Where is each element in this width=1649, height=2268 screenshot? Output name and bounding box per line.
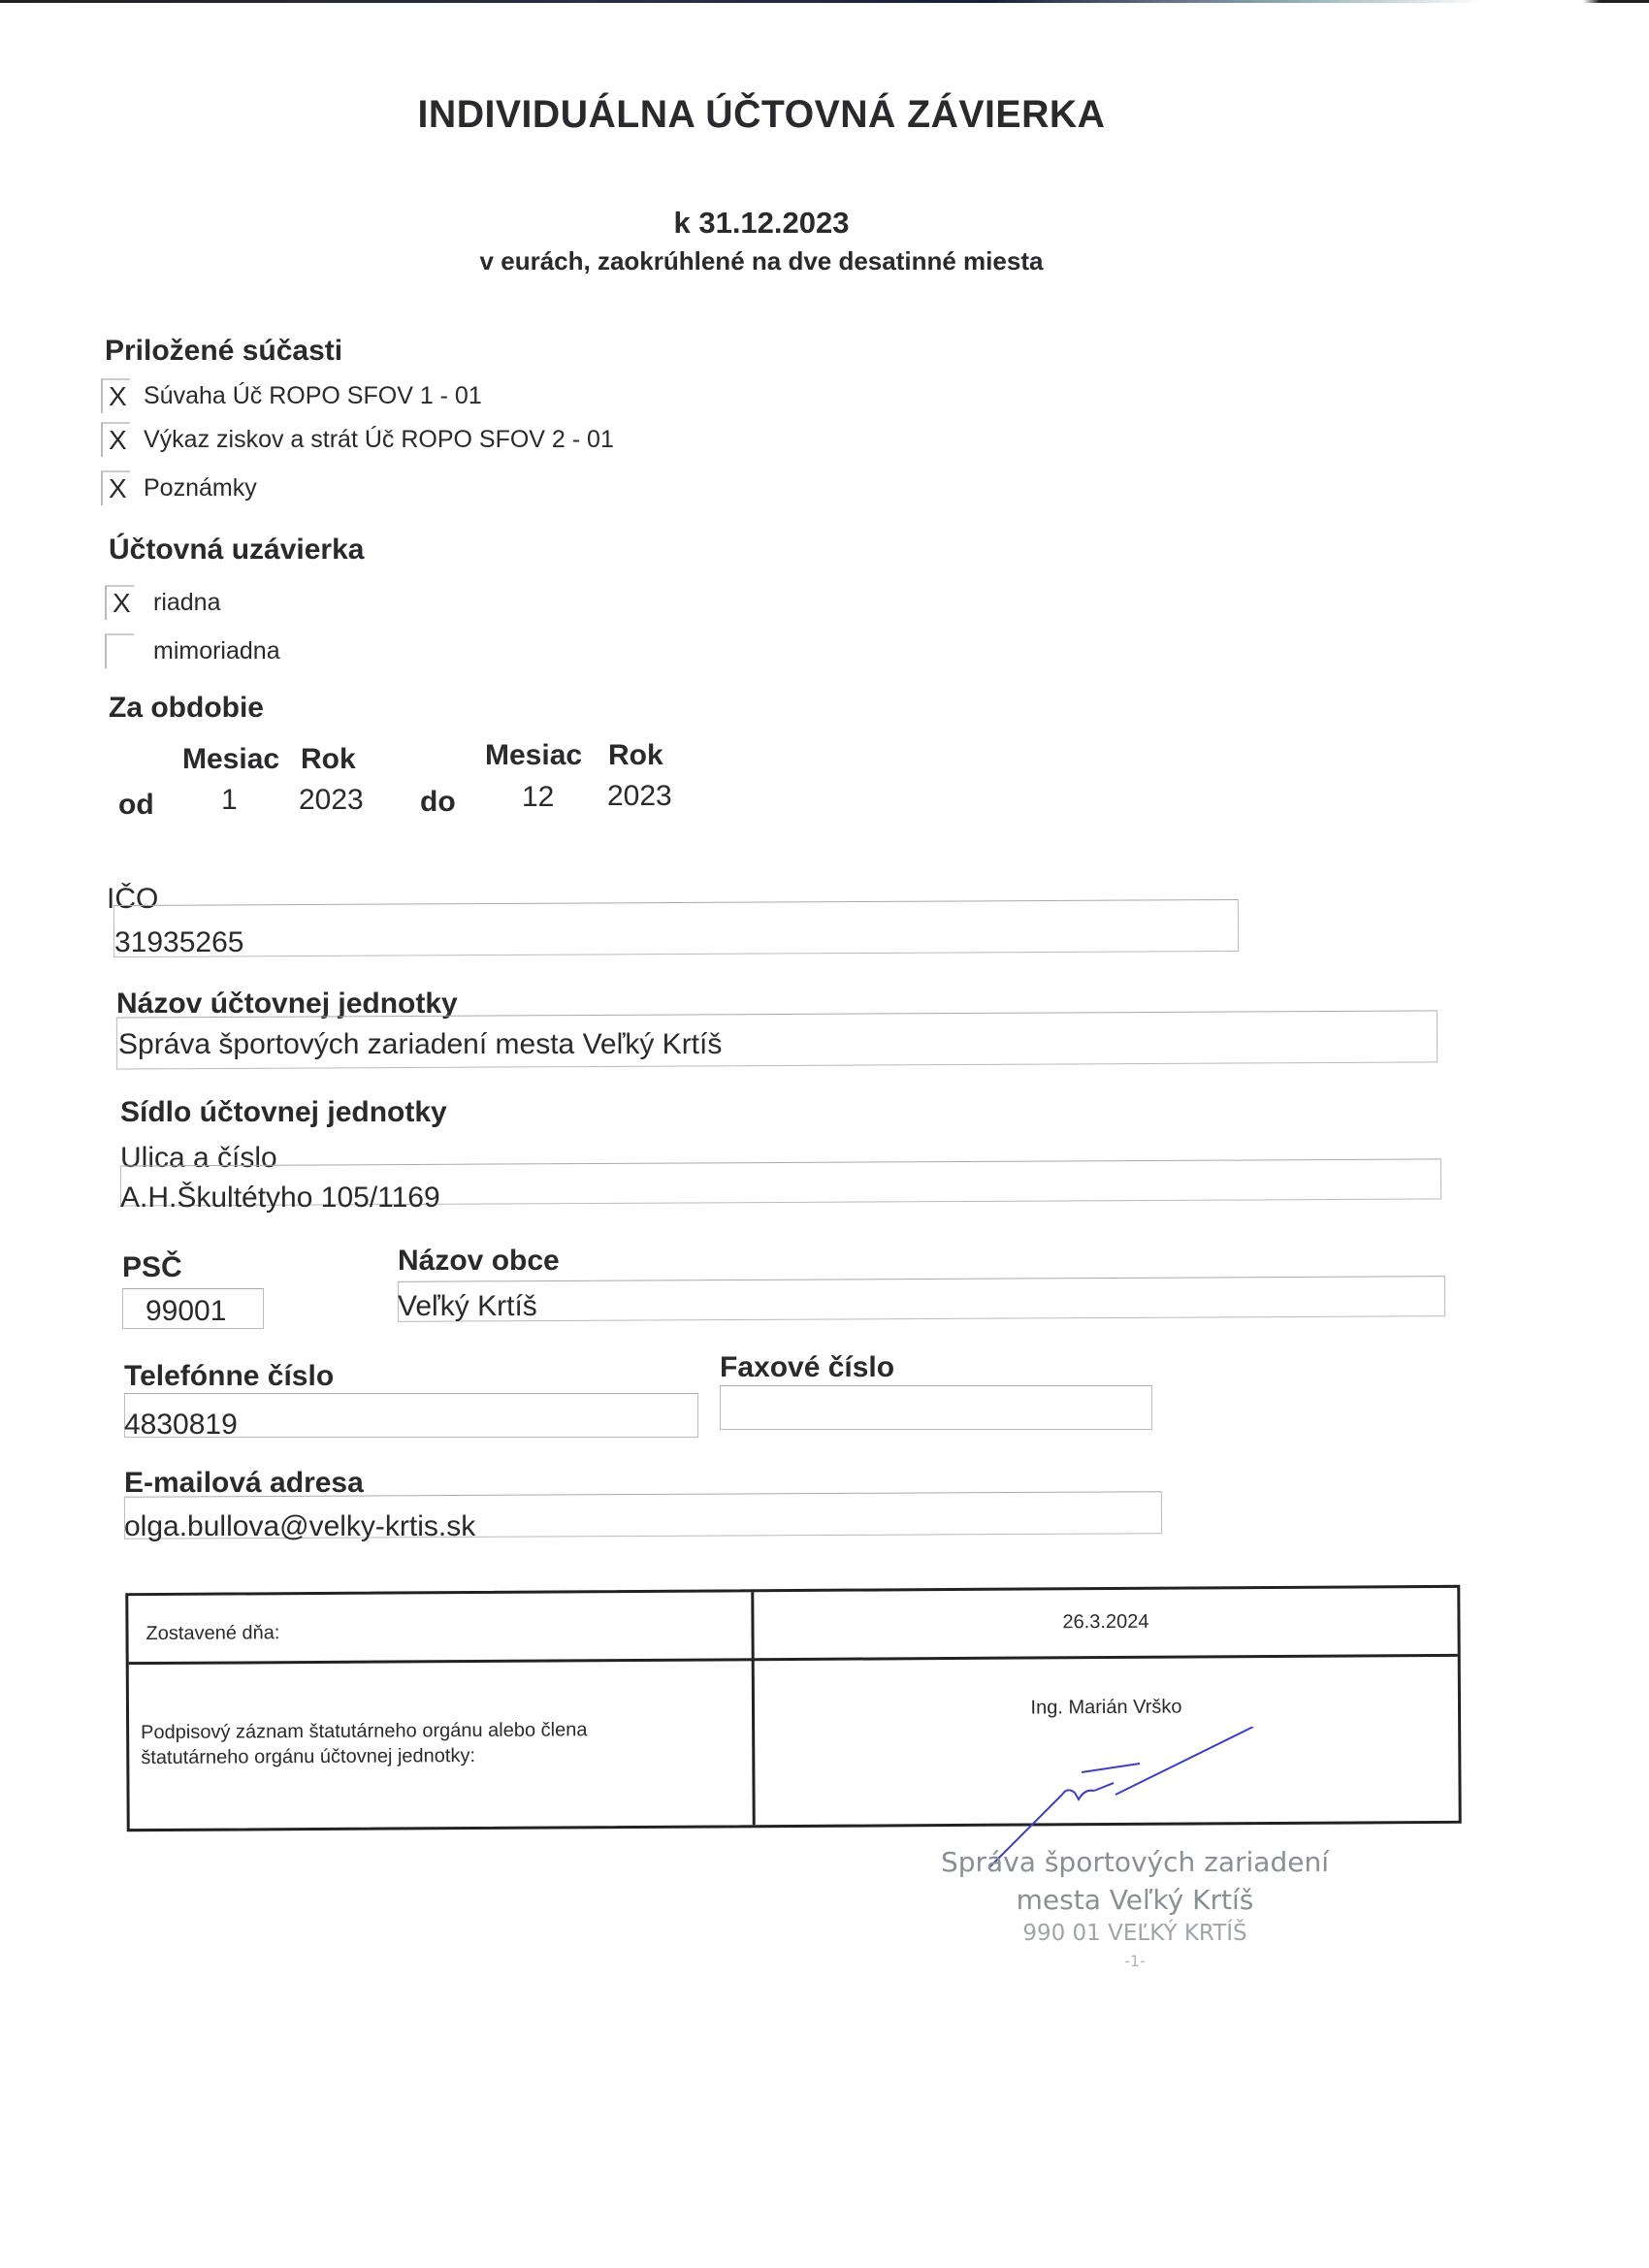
ico-value: 31935265 xyxy=(114,926,243,959)
checkbox-mimoriadna[interactable] xyxy=(105,633,134,668)
table-divider xyxy=(129,1654,1458,1665)
checkbox-vykaz[interactable]: X xyxy=(101,422,130,457)
ico-field[interactable] xyxy=(113,899,1239,957)
phone-value: 4830819 xyxy=(124,1409,238,1442)
street-value: A.H.Škultétyho 105/1169 xyxy=(120,1182,440,1215)
checkbox-poznamky[interactable]: X xyxy=(101,470,130,505)
to-month-value: 12 xyxy=(522,781,554,814)
city-value: Veľký Krtíš xyxy=(398,1290,537,1323)
currency-note: v eurách, zaokrúhlené na dve desatinné m… xyxy=(0,246,1523,276)
psc-value: 99001 xyxy=(145,1295,226,1328)
attachment-label: Výkaz ziskov a strát Úč ROPO SFOV 2 - 01 xyxy=(144,426,614,454)
signature-label-line1: Podpisový záznam štatutárneho orgánu ale… xyxy=(141,1719,587,1744)
as-of-date: k 31.12.2023 xyxy=(0,206,1523,241)
closing-item: X riadna xyxy=(105,585,221,620)
entity-name-value: Správa športových zariadení mesta Veľký … xyxy=(118,1028,722,1061)
stamp-line2: mesta Veľký Krtíš xyxy=(931,1884,1339,1916)
attachment-label: Súvaha Úč ROPO SFOV 1 - 01 xyxy=(144,382,482,410)
from-label: od xyxy=(118,789,154,822)
psc-label: PSČ xyxy=(122,1251,182,1284)
fax-label: Faxové číslo xyxy=(720,1351,894,1384)
email-value: olga.bullova@velky-krtis.sk xyxy=(124,1510,475,1543)
from-month-value: 1 xyxy=(221,784,238,817)
attachment-label: Poznámky xyxy=(144,474,257,502)
closing-label: mimoriadna xyxy=(153,637,280,665)
from-month-label: Mesiac xyxy=(182,743,279,776)
document-title: INDIVIDUÁLNA ÚČTOVNÁ ZÁVIERKA xyxy=(16,93,1508,137)
city-field[interactable] xyxy=(398,1276,1445,1322)
attachment-item: X Poznámky xyxy=(101,470,257,505)
compiled-label: Zostavené dňa: xyxy=(145,1622,279,1645)
signature-label-line2: štatutárneho orgánu účtovnej jednotky: xyxy=(141,1745,475,1769)
to-year-label: Rok xyxy=(608,739,663,772)
closing-heading: Účtovná uzávierka xyxy=(109,534,364,567)
closing-item: mimoriadna xyxy=(105,633,280,668)
to-label: do xyxy=(420,786,456,819)
phone-label: Telefónne číslo xyxy=(124,1360,334,1393)
to-year-value: 2023 xyxy=(607,780,672,813)
attachment-item: X Výkaz ziskov a strát Úč ROPO SFOV 2 - … xyxy=(101,422,614,457)
checkbox-riadna[interactable]: X xyxy=(105,585,134,620)
signatory-name: Ing. Marián Vrško xyxy=(755,1695,1458,1721)
seat-label: Sídlo účtovnej jednotky xyxy=(120,1096,447,1129)
fax-field[interactable] xyxy=(720,1385,1152,1430)
city-label: Názov obce xyxy=(398,1245,560,1278)
stamp-line3: 990 01 VEĽKÝ KRTÍŠ xyxy=(931,1921,1339,1946)
from-year-label: Rok xyxy=(301,743,356,776)
from-year-value: 2023 xyxy=(299,784,364,817)
period-heading: Za obdobie xyxy=(109,692,264,725)
attachment-item: X Súvaha Úč ROPO SFOV 1 - 01 xyxy=(101,378,482,413)
stamp-line4: -1- xyxy=(931,1952,1339,1970)
attachments-heading: Priložené súčasti xyxy=(105,335,342,368)
stamp-line1: Správa športových zariadení xyxy=(931,1846,1339,1878)
scan-top-edge xyxy=(0,0,1649,3)
checkbox-suvaha[interactable]: X xyxy=(101,378,130,413)
to-month-label: Mesiac xyxy=(485,739,582,772)
closing-label: riadna xyxy=(153,589,221,617)
compiled-date: 26.3.2024 xyxy=(754,1609,1457,1636)
